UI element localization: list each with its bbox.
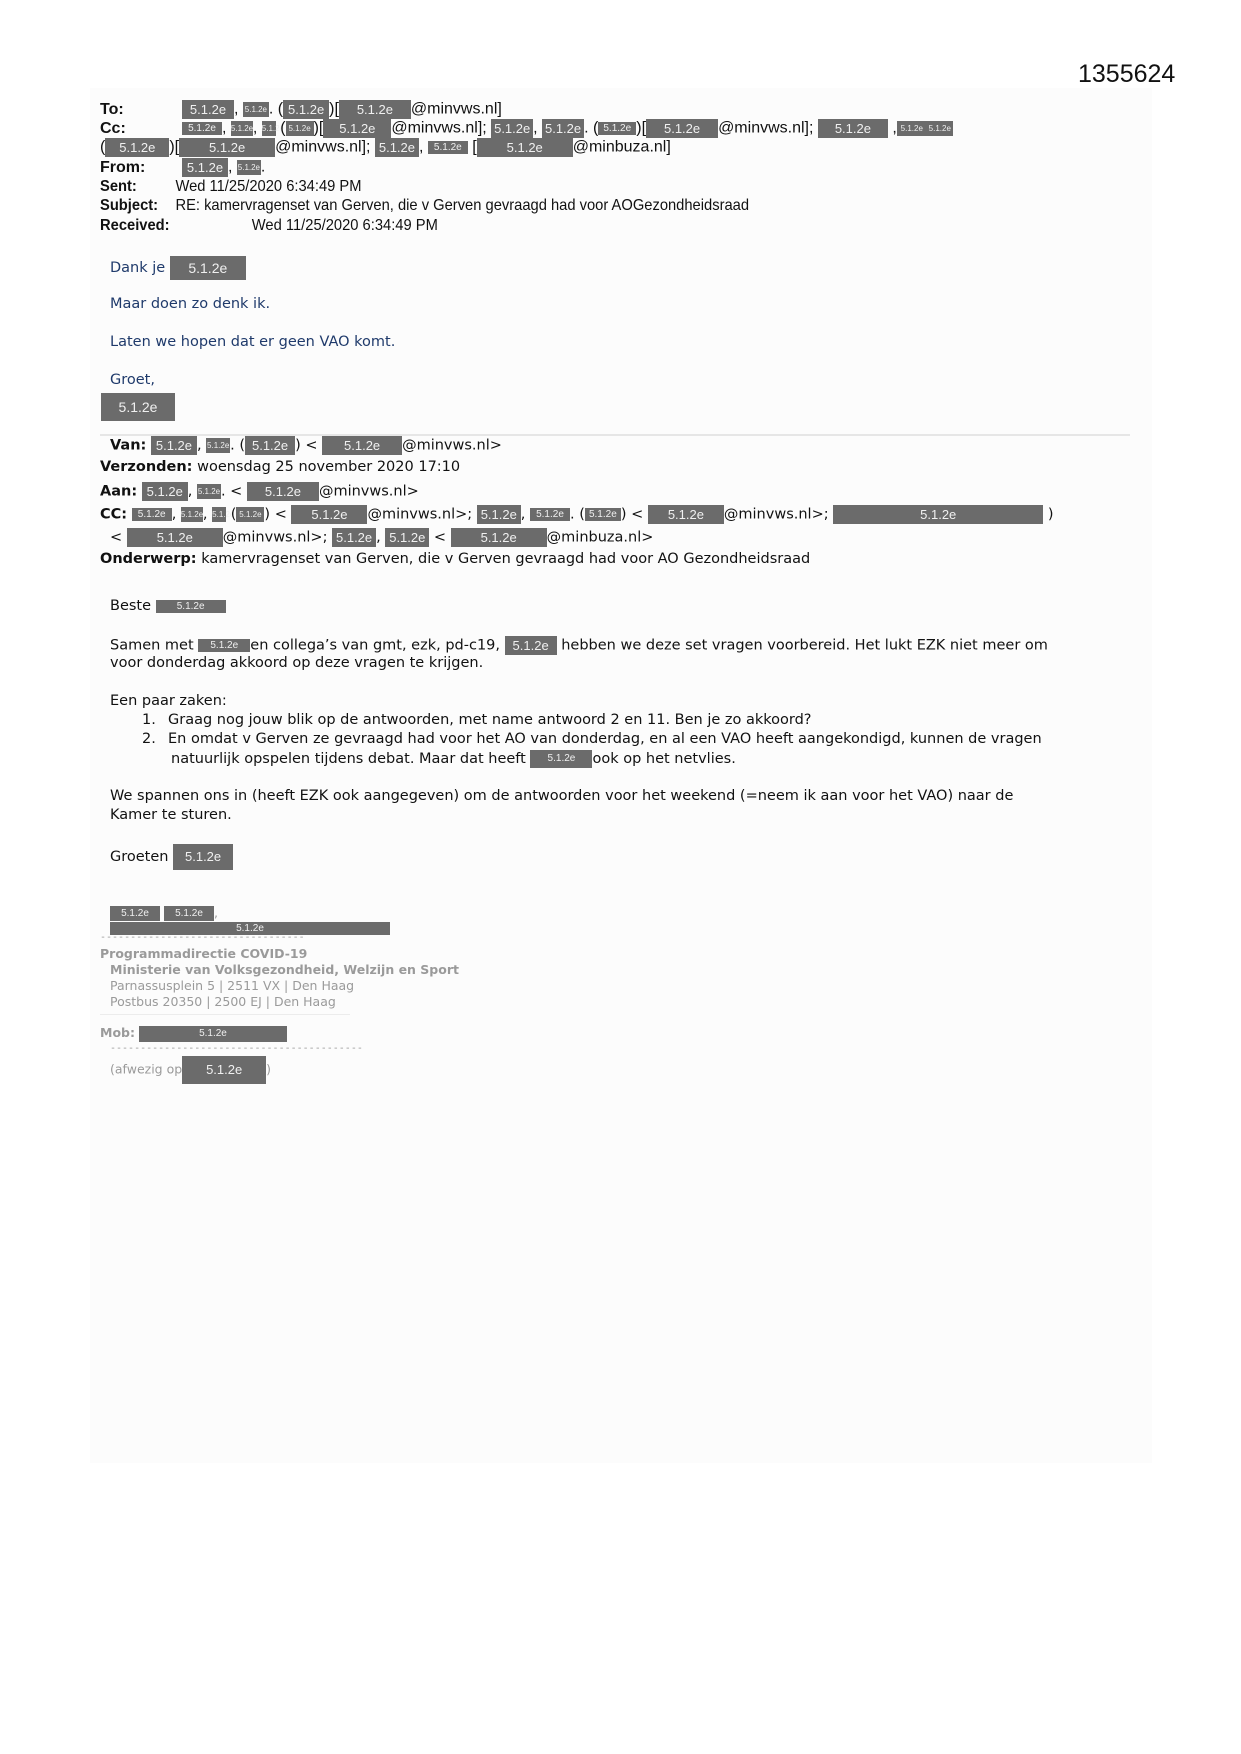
list-item-text: En omdat v Gerven ze gevraagd had voor h… bbox=[168, 731, 1042, 747]
paragraph-2-line-2: Kamer te sturen. bbox=[110, 807, 232, 823]
redaction: 5.1.2e bbox=[127, 528, 223, 547]
redaction: 5.1.2e bbox=[428, 141, 468, 154]
signature-separator-2: ----------------------------------------… bbox=[110, 1043, 363, 1054]
list-item-2: 2.En omdat v Gerven ze gevraagd had voor… bbox=[142, 731, 1042, 747]
redaction: 5.1.2e bbox=[927, 121, 953, 136]
reply-closing: Groet, bbox=[110, 372, 155, 388]
reply-line-2: Laten we hopen dat er geen VAO komt. bbox=[110, 334, 395, 350]
received-label: Received: bbox=[100, 217, 252, 235]
redaction: 5.1.2e bbox=[156, 600, 226, 613]
greeting: Beste bbox=[110, 598, 151, 614]
redaction: 5.1.2e bbox=[236, 507, 264, 522]
list-intro: Een paar zaken: bbox=[110, 693, 227, 709]
document-number: 1355624 bbox=[1078, 60, 1175, 89]
van-line: Van: 5.1.2e, 5.1.2e. (5.1.2e) < 5.1.2e@m… bbox=[110, 436, 502, 455]
list-item-text: Graag nog jouw blik op de antwoorden, me… bbox=[168, 712, 812, 728]
cc-line-2: (5.1.2e)[5.1.2e@minvws.nl]; 5.1.2e, 5.1.… bbox=[100, 138, 671, 157]
cc-original-domain: @minbuza.nl> bbox=[547, 530, 654, 546]
p1-text: en collega’s van gmt, ezk, pd-c19, bbox=[250, 638, 500, 654]
van-domain: @minvws.nl> bbox=[402, 438, 502, 454]
redaction: 5.1.2e bbox=[332, 528, 376, 547]
redaction: 5.1.2e bbox=[182, 122, 222, 135]
redaction: 5.1.2e bbox=[286, 121, 314, 136]
list-number: 2. bbox=[142, 731, 168, 747]
absence-text: (afwezig op bbox=[110, 1062, 182, 1077]
redaction: 5.1.2e bbox=[451, 528, 547, 547]
paragraph-2-line-1: We spannen ons in (heeft EZK ook aangege… bbox=[110, 788, 1013, 804]
list-item-text: ook op het netvlies. bbox=[592, 751, 735, 767]
redaction: 5.1.2e bbox=[530, 750, 592, 768]
absence-text: ) bbox=[266, 1062, 271, 1077]
redaction: 5.1.2e bbox=[283, 100, 329, 119]
onderwerp-value: kamervragenset van Gerven, die v Gerven … bbox=[201, 551, 810, 567]
p1-text: hebben we deze set vragen voorbereid. He… bbox=[561, 638, 1048, 654]
cc-line-1: Cc:5.1.2e, 5.1.2e, 5.1.2e (5.1.2e)[5.1.2… bbox=[100, 119, 953, 138]
list-item-2-continuation: natuurlijk opspelen tijdens debat. Maar … bbox=[171, 750, 736, 768]
subject-line: Subject:RE: kamervragenset van Gerven, d… bbox=[100, 197, 749, 215]
redaction: 5.1.2e bbox=[291, 505, 367, 524]
page-area bbox=[90, 88, 1152, 1463]
reply-line-1: Maar doen zo denk ik. bbox=[110, 296, 270, 312]
cc-original-line-2: < 5.1.2e@minvws.nl>; 5.1.2e, 5.1.2e < 5.… bbox=[110, 528, 653, 547]
redaction: 5.1.2e bbox=[477, 138, 573, 157]
list-item-text: natuurlijk opspelen tijdens debat. Maar … bbox=[171, 751, 526, 767]
redaction: 5.1.2e bbox=[505, 636, 557, 655]
p1-text: Samen met bbox=[110, 638, 194, 654]
signature-faint-rule bbox=[100, 1014, 350, 1015]
redaction: 5.1.2e bbox=[182, 1056, 266, 1084]
to-domain: @minvws.nl] bbox=[411, 101, 502, 118]
redaction: 5.1.2e bbox=[339, 100, 411, 119]
redaction: 5.1.2e bbox=[198, 639, 250, 652]
verzonden-line: Verzonden: woensdag 25 november 2020 17:… bbox=[100, 459, 460, 475]
signature-address-2: Postbus 20350 | 2500 EJ | Den Haag bbox=[110, 994, 336, 1009]
cc-domain: @minvws.nl]; bbox=[275, 139, 370, 156]
signature-address-1: Parnassusplein 5 | 2511 VX | Den Haag bbox=[110, 978, 354, 993]
thanks-text: Dank je bbox=[110, 260, 165, 276]
redaction: 5.1.2e bbox=[170, 256, 246, 280]
from-label: From: bbox=[100, 159, 182, 177]
redaction: 5.1.2e bbox=[231, 121, 253, 136]
redaction: 5.1.2e bbox=[322, 436, 402, 455]
redaction: 5.1.2e bbox=[648, 505, 724, 524]
from-line: From:5.1.2e, 5.1.2e. bbox=[100, 158, 265, 177]
aan-label: Aan: bbox=[100, 484, 137, 500]
redaction: 5.1.2e bbox=[197, 484, 221, 499]
redaction: 5.1.2e bbox=[262, 121, 276, 136]
received-value: Wed 11/25/2020 6:34:49 PM bbox=[252, 217, 438, 234]
cc-original-line-1: CC: 5.1.2e, 5.1.2e, 5.1.2e (5.1.2e) < 5.… bbox=[100, 505, 1054, 524]
to-label: To: bbox=[100, 101, 182, 119]
greeting-line: Beste 5.1.2e bbox=[110, 598, 226, 614]
redaction: 5.1.2e bbox=[105, 138, 169, 157]
signature-separator: ---------------------------------- bbox=[100, 932, 305, 943]
ministry-name: Ministerie van Volksgezondheid, Welzijn … bbox=[110, 962, 459, 977]
redaction: 5.1.2e bbox=[181, 507, 203, 522]
to-line: To:5.1.2e, 5.1.2e. (5.1.2e)[5.1.2e@minvw… bbox=[100, 100, 502, 119]
cc-original-label: CC: bbox=[100, 507, 127, 523]
onderwerp-label: Onderwerp: bbox=[100, 551, 197, 567]
redaction: 5.1.2e bbox=[477, 505, 521, 524]
redaction: 5.1.2e bbox=[833, 505, 1043, 524]
org-name: Programmadirectie COVID-19 bbox=[100, 946, 307, 961]
cc-domain: @minbuza.nl] bbox=[573, 139, 671, 156]
redaction: 5.1.2e bbox=[598, 122, 636, 135]
verzonden-label: Verzonden: bbox=[100, 459, 192, 475]
cc-label: Cc: bbox=[100, 120, 182, 138]
redaction: 5.1.2e bbox=[212, 507, 226, 522]
redaction: 5.1.2e bbox=[237, 160, 261, 175]
redaction: 5.1.2e bbox=[375, 138, 419, 157]
list-number: 1. bbox=[142, 712, 168, 728]
van-label: Van: bbox=[110, 438, 146, 454]
redaction: 5.1.2e bbox=[646, 119, 718, 138]
signature-org: Programmadirectie COVID-19 bbox=[100, 946, 307, 961]
sent-value: Wed 11/25/2020 6:34:49 PM bbox=[175, 178, 361, 195]
redaction: 5.1.2e bbox=[173, 844, 233, 870]
verzonden-value: woensdag 25 november 2020 17:10 bbox=[197, 459, 460, 475]
redaction: 5.1.2e bbox=[139, 1026, 287, 1042]
redaction: 5.1.2e bbox=[323, 119, 391, 138]
mob-label: Mob: bbox=[100, 1025, 135, 1040]
aan-line: Aan: 5.1.2e, 5.1.2e. < 5.1.2e@minvws.nl> bbox=[100, 482, 419, 501]
redaction: 5.1.2e bbox=[101, 393, 175, 421]
redaction: 5.1.2e bbox=[182, 158, 228, 177]
subject-label: Subject: bbox=[100, 197, 175, 215]
subject-value: RE: kamervragenset van Gerven, die v Ger… bbox=[175, 197, 749, 214]
redaction: 5.1.2e bbox=[530, 508, 570, 521]
signature-mobile: Mob: 5.1.2e bbox=[100, 1025, 287, 1042]
paragraph-1-line-2: voor donderdag akkoord op deze vragen te… bbox=[110, 655, 483, 671]
redaction: 5.1.2e bbox=[491, 119, 533, 138]
redaction: 5.1.2e bbox=[247, 482, 319, 501]
redaction: 5.1.2e bbox=[151, 436, 197, 455]
onderwerp-line: Onderwerp: kamervragenset van Gerven, di… bbox=[100, 551, 810, 567]
cc-original-domain: @minvws.nl>; bbox=[367, 507, 472, 523]
redaction: 5.1.2e bbox=[245, 436, 295, 455]
paragraph-1-line-1: Samen met 5.1.2een collega’s van gmt, ez… bbox=[110, 636, 1048, 655]
redaction: 5.1.2e bbox=[542, 119, 584, 138]
cc-domain: @minvws.nl]; bbox=[391, 120, 486, 137]
redaction: 5.1.2e bbox=[897, 121, 927, 136]
redaction: 5.1.2e bbox=[585, 508, 621, 521]
redaction: 5.1.2e bbox=[132, 508, 172, 521]
cc-domain: @minvws.nl]; bbox=[718, 120, 813, 137]
redaction: 5.1.2e bbox=[179, 138, 275, 157]
received-line: Received:Wed 11/25/2020 6:34:49 PM bbox=[100, 217, 438, 235]
reply-thanks: Dank je 5.1.2e bbox=[110, 256, 246, 280]
list-item-1: 1.Graag nog jouw blik op de antwoorden, … bbox=[142, 712, 812, 728]
cc-original-domain: @minvws.nl>; bbox=[223, 530, 328, 546]
reply-signature-redaction: 5.1.2e bbox=[101, 393, 175, 421]
closing: Groeten bbox=[110, 849, 168, 865]
redaction: 5.1.2e bbox=[818, 119, 888, 138]
cc-original-domain: @minvws.nl>; bbox=[724, 507, 829, 523]
signature-absence: (afwezig op5.1.2e) bbox=[110, 1056, 271, 1084]
aan-domain: @minvws.nl> bbox=[319, 484, 419, 500]
redaction: 5.1.2e bbox=[206, 438, 230, 453]
redaction: 5.1.2e bbox=[182, 100, 234, 119]
sent-label: Sent: bbox=[100, 178, 175, 196]
redaction: 5.1.2e bbox=[142, 482, 188, 501]
closing-line: Groeten 5.1.2e bbox=[110, 844, 233, 870]
signature-ministry: Ministerie van Volksgezondheid, Welzijn … bbox=[110, 962, 459, 977]
redaction: 5.1.2e bbox=[243, 102, 269, 117]
sent-line: Sent:Wed 11/25/2020 6:34:49 PM bbox=[100, 178, 361, 196]
redaction: 5.1.2e bbox=[385, 528, 429, 547]
